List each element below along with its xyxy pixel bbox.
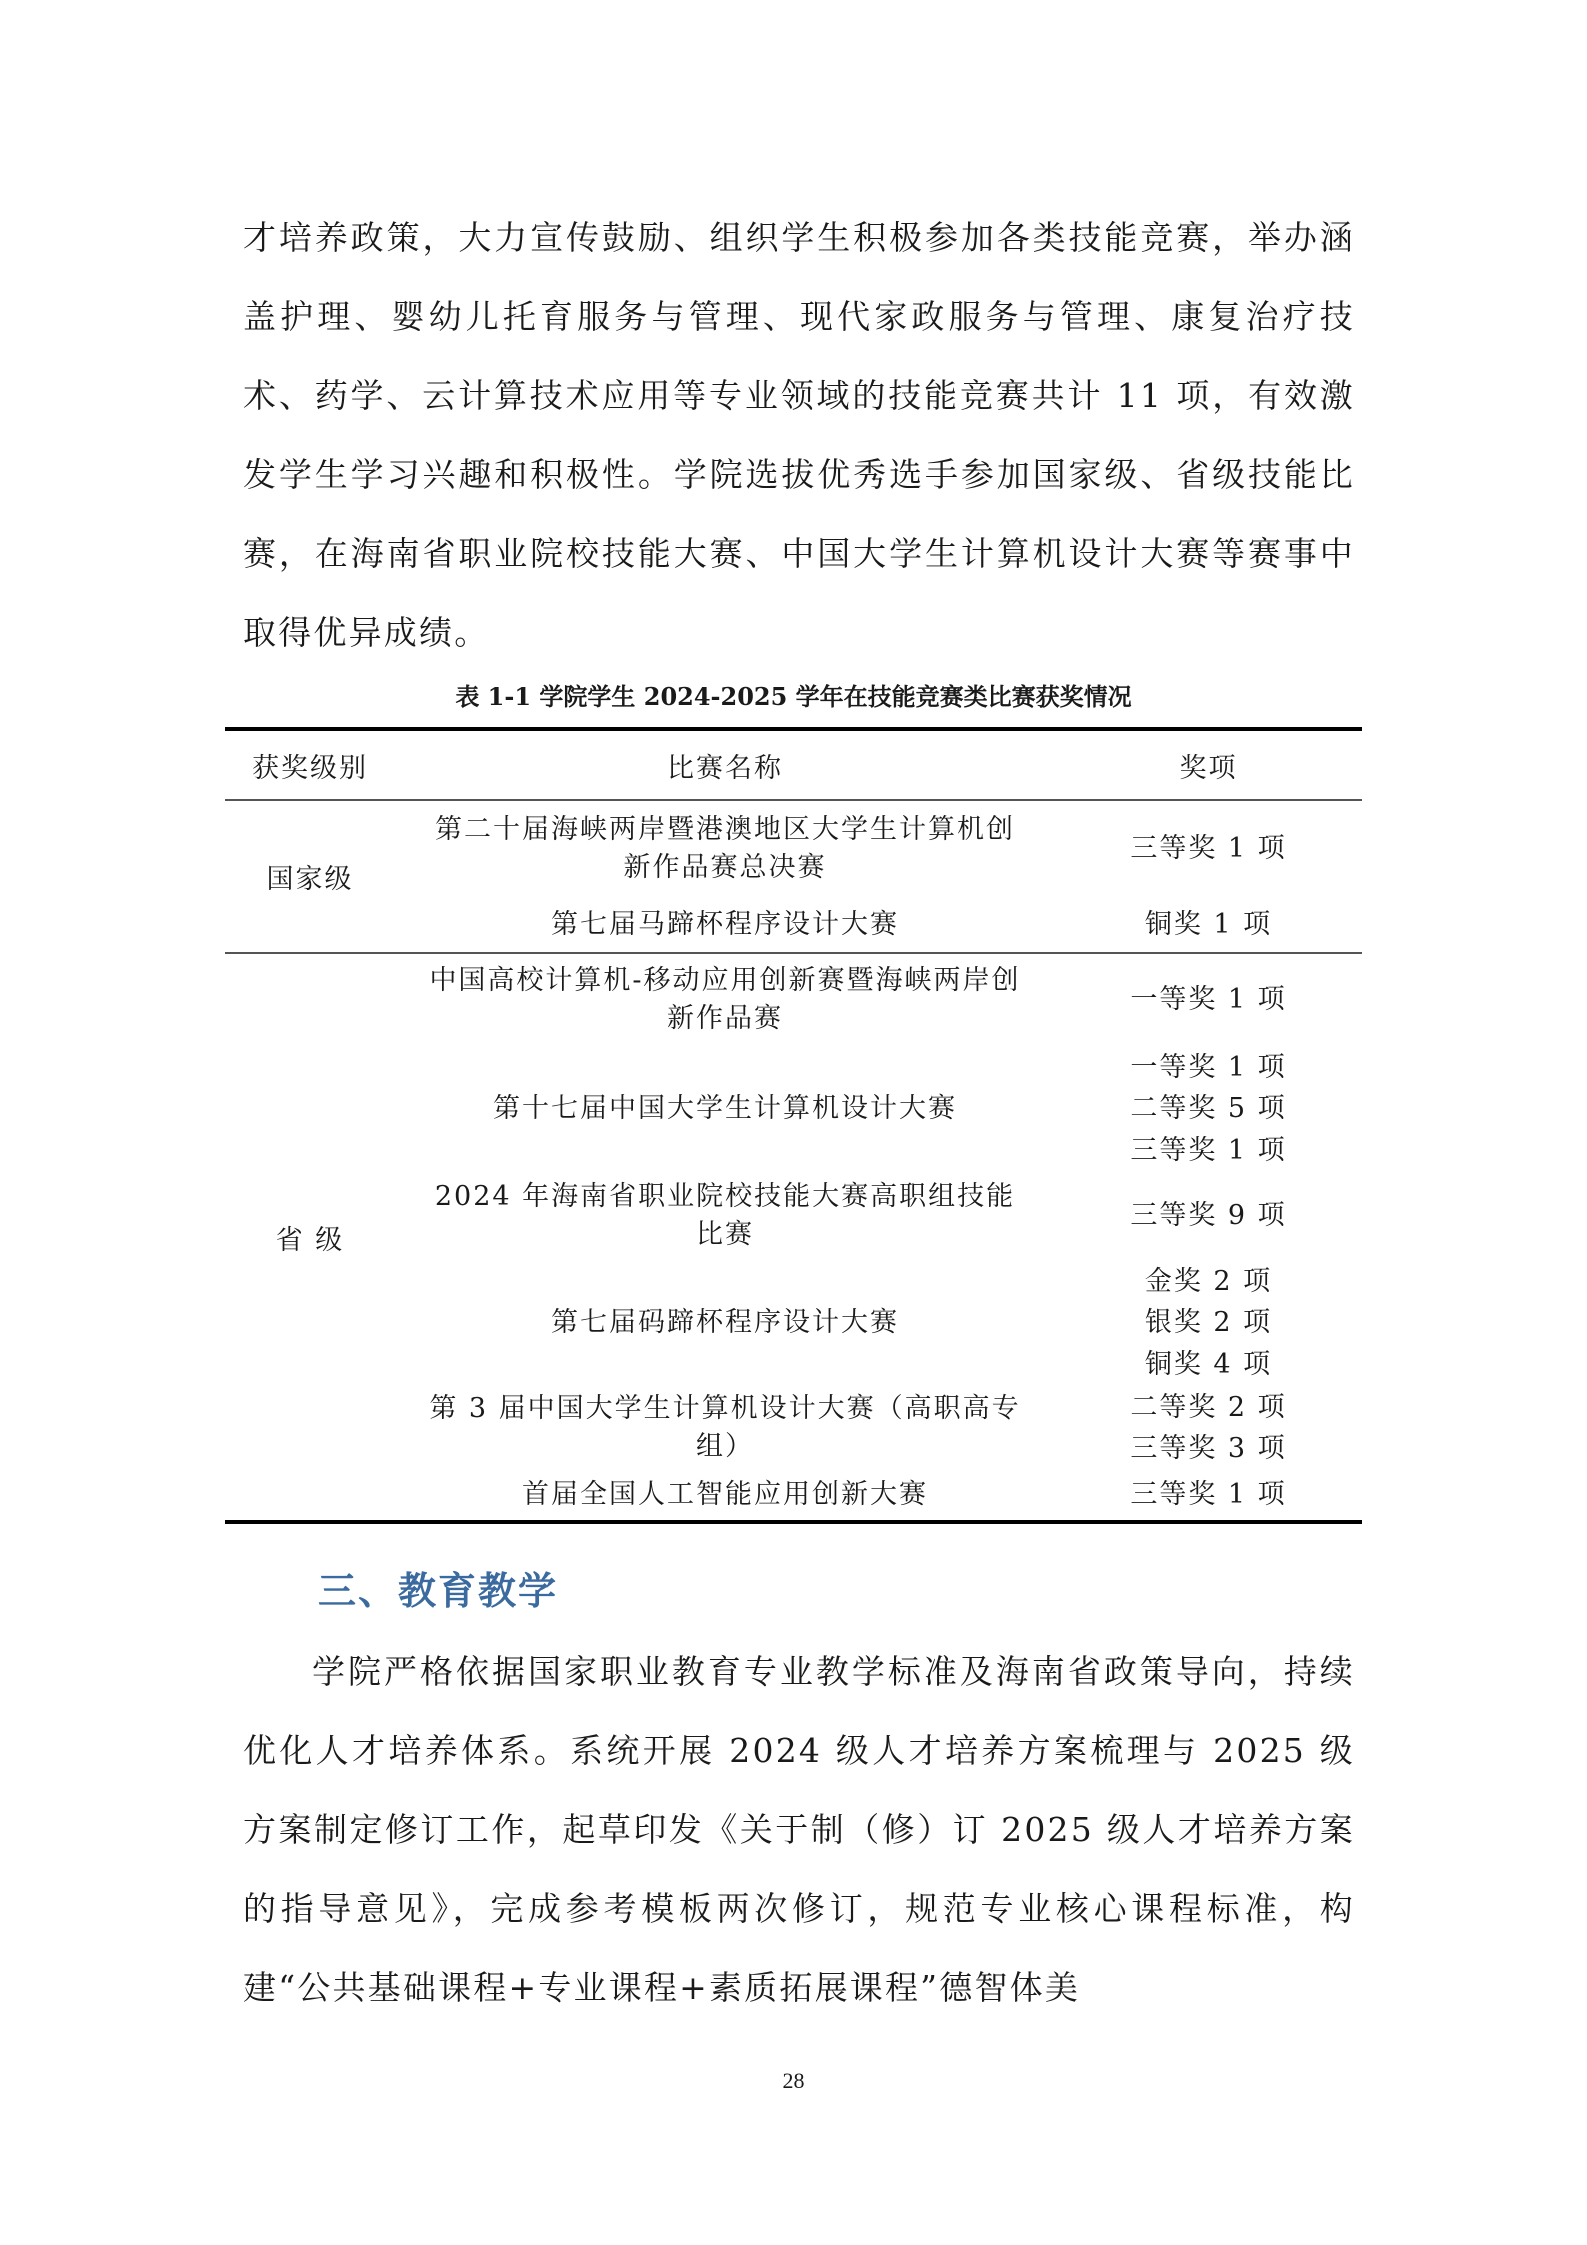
competition-name-cell: 2024 年海南省职业院校技能大赛高职组技能比赛 <box>395 1172 1055 1260</box>
competition-name-cell: 第 3 届中国大学生计算机设计大赛（高职高专组） <box>395 1386 1055 1470</box>
section-heading: 三、教育教学 <box>318 1565 558 1617</box>
table-caption: 表 1-1 学院学生 2024-2025 学年在技能竞赛类比赛获奖情况 <box>225 680 1362 714</box>
prize-item: 银奖 2 项 <box>1055 1302 1362 1344</box>
header-name: 比赛名称 <box>395 729 1055 800</box>
prize-item: 一等奖 1 项 <box>1055 979 1362 1021</box>
education-paragraph: 学院严格依据国家职业教育专业教学标准及海南省政策导向，持续优化人才培养体系。系统… <box>243 1632 1355 2027</box>
prize-cell: 一等奖 1 项 二等奖 5 项 三等奖 1 项 <box>1055 1046 1362 1172</box>
prize-item: 三等奖 9 项 <box>1055 1195 1362 1237</box>
provincial-group: 省 级 中国高校计算机-移动应用创新赛暨海峡两岸创新作品赛 一等奖 1 项 第十… <box>225 953 1362 1522</box>
awards-table: 获奖级别 比赛名称 奖项 国家级 第二十届海峡两岸暨港澳地区大学生计算机创新作品… <box>225 727 1362 1524</box>
prize-cell: 三等奖 1 项 <box>1055 1470 1362 1522</box>
table-row: 2024 年海南省职业院校技能大赛高职组技能比赛 三等奖 9 项 <box>225 1172 1362 1260</box>
competition-name: 首届全国人工智能应用创新大赛 <box>425 1476 1025 1514</box>
table-row: 省 级 中国高校计算机-移动应用创新赛暨海峡两岸创新作品赛 一等奖 1 项 <box>225 953 1362 1046</box>
prize-item: 二等奖 5 项 <box>1055 1088 1362 1130</box>
intro-paragraph: 才培养政策，大力宣传鼓励、组织学生积极参加各类技能竞赛，举办涵盖护理、婴幼儿托育… <box>243 198 1355 672</box>
prize-item: 二等奖 2 项 <box>1055 1387 1362 1429</box>
table-row: 第十七届中国大学生计算机设计大赛 一等奖 1 项 二等奖 5 项 三等奖 1 项 <box>225 1046 1362 1172</box>
table-header-row: 获奖级别 比赛名称 奖项 <box>225 729 1362 800</box>
competition-name: 第十七届中国大学生计算机设计大赛 <box>425 1090 1025 1128</box>
prize-cell: 三等奖 9 项 <box>1055 1172 1362 1260</box>
prize-cell: 一等奖 1 项 <box>1055 953 1362 1046</box>
competition-name: 第七届马蹄杯程序设计大赛 <box>425 906 1025 944</box>
prize-item: 三等奖 1 项 <box>1055 1130 1362 1172</box>
prize-cell: 铜奖 1 项 <box>1055 897 1362 953</box>
level-cell: 省 级 <box>225 953 395 1522</box>
competition-name: 中国高校计算机-移动应用创新赛暨海峡两岸创新作品赛 <box>425 962 1025 1038</box>
national-group: 国家级 第二十届海峡两岸暨港澳地区大学生计算机创新作品赛总决赛 三等奖 1 项 … <box>225 800 1362 953</box>
prize-item: 一等奖 1 项 <box>1055 1047 1362 1089</box>
table-row: 国家级 第二十届海峡两岸暨港澳地区大学生计算机创新作品赛总决赛 三等奖 1 项 <box>225 800 1362 897</box>
competition-name: 2024 年海南省职业院校技能大赛高职组技能比赛 <box>425 1178 1025 1254</box>
prize-item: 三等奖 1 项 <box>1055 828 1362 870</box>
competition-name: 第 3 届中国大学生计算机设计大赛（高职高专组） <box>425 1390 1025 1466</box>
prize-item: 铜奖 1 项 <box>1055 904 1362 946</box>
table-row: 第七届马蹄杯程序设计大赛 铜奖 1 项 <box>225 897 1362 953</box>
prize-item: 三等奖 1 项 <box>1055 1474 1362 1516</box>
competition-name: 第二十届海峡两岸暨港澳地区大学生计算机创新作品赛总决赛 <box>425 811 1025 887</box>
document-page: 才培养政策，大力宣传鼓励、组织学生积极参加各类技能竞赛，举办涵盖护理、婴幼儿托育… <box>0 0 1587 2245</box>
competition-name-cell: 第十七届中国大学生计算机设计大赛 <box>395 1046 1055 1172</box>
page-number: 28 <box>0 2066 1587 2096</box>
prize-item: 三等奖 3 项 <box>1055 1428 1362 1470</box>
table-row: 首届全国人工智能应用创新大赛 三等奖 1 项 <box>225 1470 1362 1522</box>
header-prize: 奖项 <box>1055 729 1362 800</box>
level-cell: 国家级 <box>225 800 395 953</box>
prize-item: 金奖 2 项 <box>1055 1261 1362 1303</box>
prize-item: 铜奖 4 项 <box>1055 1344 1362 1386</box>
prize-cell: 二等奖 2 项 三等奖 3 项 <box>1055 1386 1362 1470</box>
header-level: 获奖级别 <box>225 729 395 800</box>
competition-name: 第七届码蹄杯程序设计大赛 <box>425 1304 1025 1342</box>
table-row: 第 3 届中国大学生计算机设计大赛（高职高专组） 二等奖 2 项 三等奖 3 项 <box>225 1386 1362 1470</box>
prize-cell: 金奖 2 项 银奖 2 项 铜奖 4 项 <box>1055 1260 1362 1386</box>
table-row: 第七届码蹄杯程序设计大赛 金奖 2 项 银奖 2 项 铜奖 4 项 <box>225 1260 1362 1386</box>
competition-name-cell: 首届全国人工智能应用创新大赛 <box>395 1470 1055 1522</box>
competition-name-cell: 第七届码蹄杯程序设计大赛 <box>395 1260 1055 1386</box>
competition-name-cell: 中国高校计算机-移动应用创新赛暨海峡两岸创新作品赛 <box>395 953 1055 1046</box>
competition-name-cell: 第七届马蹄杯程序设计大赛 <box>395 897 1055 953</box>
prize-cell: 三等奖 1 项 <box>1055 800 1362 897</box>
competition-name-cell: 第二十届海峡两岸暨港澳地区大学生计算机创新作品赛总决赛 <box>395 800 1055 897</box>
